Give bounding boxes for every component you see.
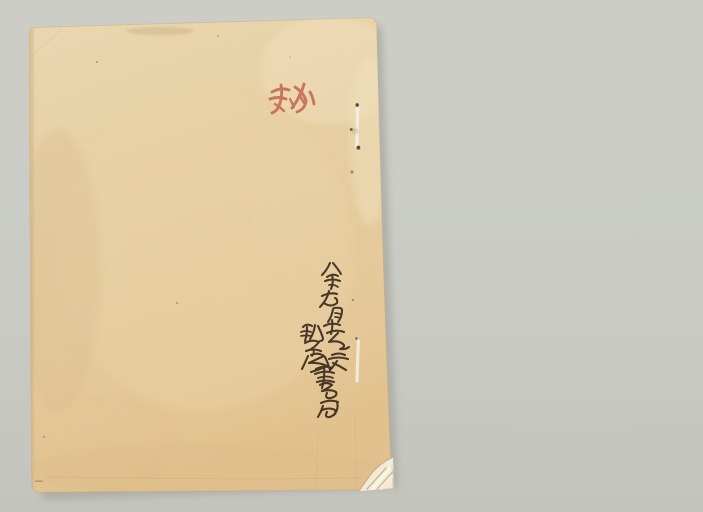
paper-sheet <box>16 15 400 498</box>
photo-backdrop: 秘 八年九月十五日受 銚子無線電信局 <box>0 0 703 512</box>
paper-mottling <box>16 15 400 498</box>
document-cover-graphic <box>0 0 703 512</box>
